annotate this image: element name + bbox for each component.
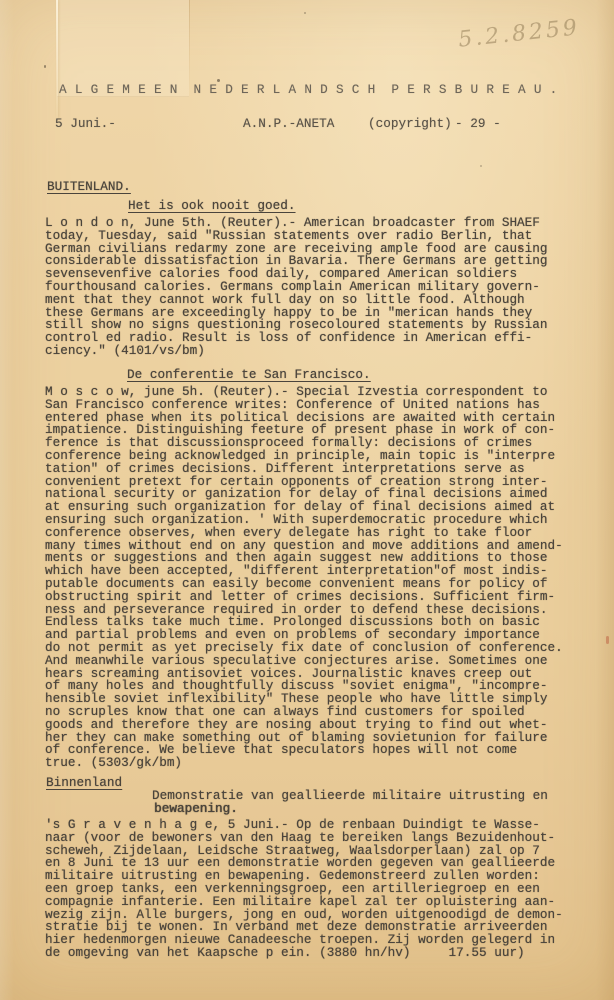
paper-crease [56, 0, 58, 118]
ink-speck [44, 65, 46, 68]
ink-speck [304, 12, 306, 14]
section-label-buitenland: BUITENLAND. [47, 181, 131, 194]
article-heading-san-francisco: De conferentie te San Francisco. [127, 369, 371, 382]
ink-speck [480, 165, 482, 167]
paper-crease [189, 0, 190, 92]
pencil-annotation: 5.2.8259 [457, 12, 609, 53]
article-body-london: L o n d o n, June 5th. (Reuter).- Americ… [45, 217, 548, 358]
letterhead-title: A L G E M E E N N E D E R L A N D S C H … [59, 84, 558, 97]
page-number: - 29 - [455, 118, 501, 131]
ink-speck [606, 636, 609, 644]
date-line: 5 Juni.- [55, 118, 116, 131]
agency-name: A.N.P.-ANETA [243, 118, 334, 131]
article-heading-nooit-goed: Het is ook nooit goed. [128, 200, 296, 213]
copyright-notice: (copyright) [368, 118, 452, 131]
article-heading-demonstratie-line2: bewapening. [154, 803, 238, 816]
section-label-binnenland: Binnenland [46, 777, 122, 790]
article-body-gravenhage: 's G r a v e n h a g e, 5 Juni.- Op de r… [45, 819, 563, 960]
article-body-moscow: M o s c o w, june 5h. (Reuter).- Special… [45, 386, 563, 770]
scanned-document-page: 5.2.8259 A L G E M E E N N E D E R L A N… [0, 0, 614, 1000]
